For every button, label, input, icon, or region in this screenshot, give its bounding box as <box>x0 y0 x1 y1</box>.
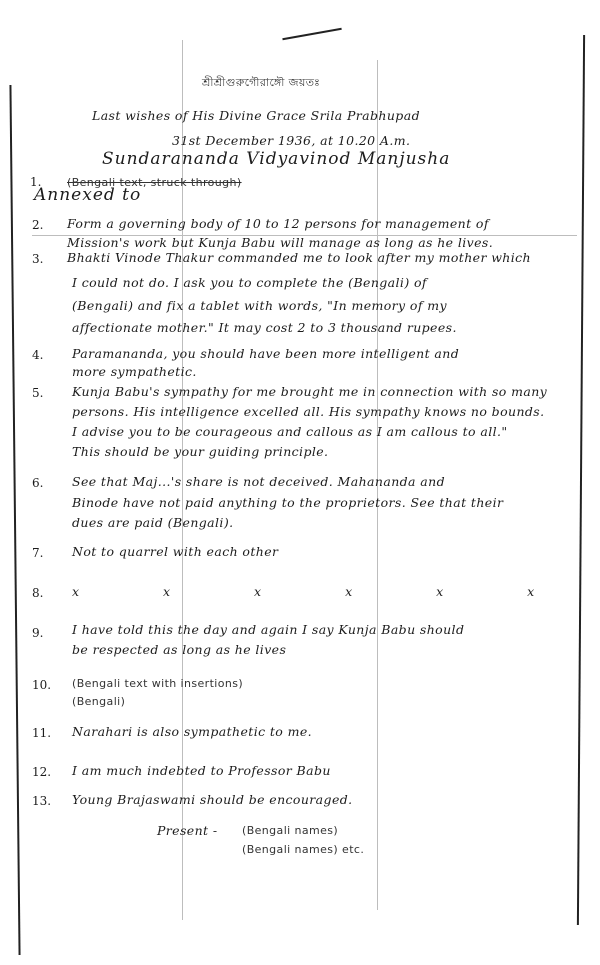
document-title: Last wishes of His Divine Grace Srila Pr… <box>92 108 420 123</box>
page-edge-right <box>577 35 585 925</box>
subtitle: Sundarananda Vidyavinod Manjusha <box>102 152 450 167</box>
page-edge-top <box>282 28 341 40</box>
page-edge-left <box>9 85 20 955</box>
document-page: শ্রীশ্রীগুরুগৌরাঙ্গৌ জয়তঃ Last wishes o… <box>12 30 592 950</box>
margin-note: Annexed to <box>34 188 141 203</box>
date-line: 31st December 1936, at 10.20 A.m. <box>172 133 410 148</box>
heading-bengali: শ্রীশ্রীগুরুগৌরাঙ্গৌ জয়তঃ <box>202 75 320 90</box>
